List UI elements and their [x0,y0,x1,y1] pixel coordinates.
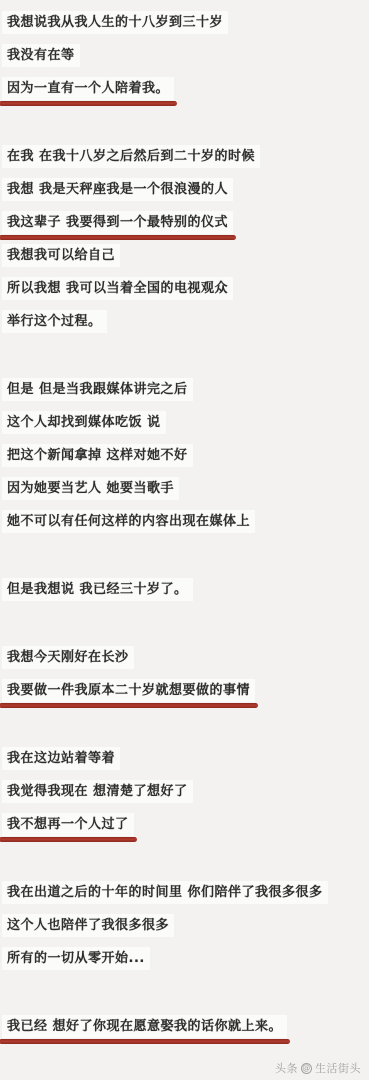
subtitle-line: 所有的一切从零开始... [2,947,150,970]
toutiao-logo-icon: @ [301,1063,312,1074]
subtitle-line: 把这个新闻拿掉 这样对她不好 [2,444,193,467]
subtitle-paragraph: 我想说我从我人生的十八岁到三十岁 我没有在等 因为一直有一个人陪着我。 [2,5,369,104]
subtitle-line: 但是 但是当我跟媒体讲完之后 [2,378,193,401]
subtitle-line: 我在出道之后的十年的时间里 你们陪伴了我很多很多 [2,881,328,904]
subtitle-paragraph: 在我 在我十八岁之后然后到二十岁的时候 我想 我是天秤座我是一个很浪漫的人 我这… [2,139,369,337]
subtitle-line: 我没有在等 [2,44,80,67]
subtitle-line-underlined: 我不想再一个人过了 [2,813,134,836]
watermark-prefix: 头条 [275,1060,298,1076]
subtitle-line: 我想今天刚好在长沙 [2,646,134,669]
subtitle-line: 我想说我从我人生的十八岁到三十岁 [2,11,228,34]
subtitle-paragraph: 我想今天刚好在长沙 我要做一件我原本二十岁就想要做的事情 [2,640,369,706]
subtitle-line-underlined: 我要做一件我原本二十岁就想要做的事情 [2,679,255,702]
watermark-name: 生活街头 [315,1060,361,1076]
subtitle-line-underlined: 我已经 想好了你现在愿意娶我的话你就上来。 [2,1015,287,1038]
subtitle-line: 我想我可以给自己 [2,244,120,267]
subtitle-line: 我觉得我现在 想清楚了想好了 [2,780,193,803]
subtitle-line: 她不可以有任何这样的内容出现在媒体上 [2,510,255,533]
subtitle-line: 所以我想 我可以当着全国的电视观众 [2,277,233,300]
subtitle-line-underlined: 我这辈子 我要得到一个最特别的仪式 [2,211,233,234]
subtitle-line: 在我 在我十八岁之后然后到二十岁的时候 [2,145,260,168]
subtitle-line: 因为她要当艺人 她要当歌手 [2,477,179,500]
subtitle-line: 我想 我是天秤座我是一个很浪漫的人 [2,178,233,201]
subtitle-paragraph: 但是 但是当我跟媒体讲完之后 这个人却找到媒体吃饭 说 把这个新闻拿掉 这样对她… [2,372,369,537]
subtitle-line: 这个人却找到媒体吃饭 说 [2,411,166,434]
subtitle-paragraph: 我在出道之后的十年的时间里 你们陪伴了我很多很多 这个人也陪伴了我很多很多 所有… [2,875,369,974]
subtitle-line: 我在这边站着等着 [2,747,120,770]
subtitle-line: 这个人也陪伴了我很多很多 [2,914,174,937]
subtitle-paragraph: 我已经 想好了你现在愿意娶我的话你就上来。 [2,1009,369,1042]
subtitle-line-underlined: 因为一直有一个人陪着我。 [2,77,174,100]
watermark: 头条 @ 生活街头 [275,1060,361,1076]
subtitle-line: 但是我想说 我已经三十岁了。 [2,578,193,601]
subtitle-paragraph: 但是我想说 我已经三十岁了。 [2,572,369,605]
subtitle-line: 举行这个过程。 [2,310,107,333]
subtitle-transcript: 我想说我从我人生的十八岁到三十岁 我没有在等 因为一直有一个人陪着我。 在我 在… [0,0,369,1080]
subtitle-paragraph: 我在这边站着等着 我觉得我现在 想清楚了想好了 我不想再一个人过了 [2,741,369,840]
